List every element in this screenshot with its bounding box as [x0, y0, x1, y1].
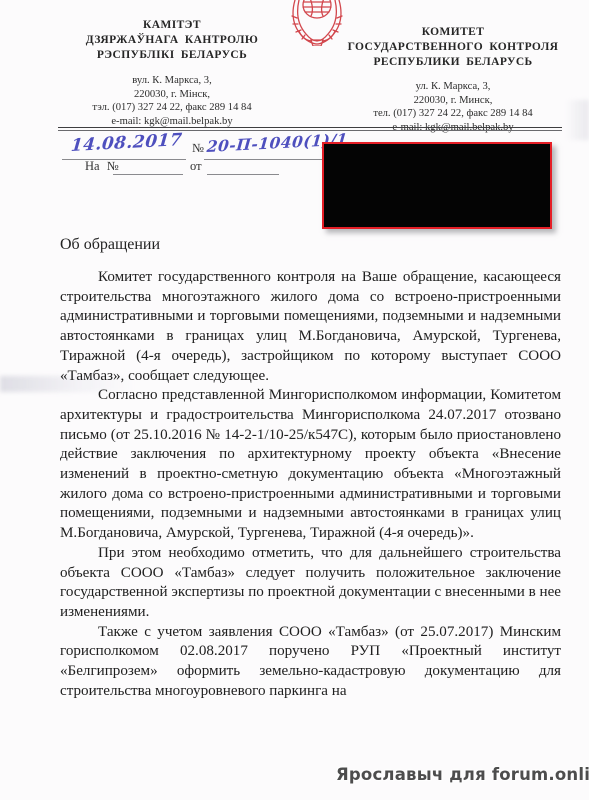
- handwritten-date: 14.08.2017: [70, 130, 183, 156]
- org-line: КОМИТЕТ: [338, 25, 568, 40]
- letterhead-right: КОМИТЕТ ГОСУДАРСТВЕННОГО КОНТРОЛЯ РЕСПУБ…: [338, 25, 568, 134]
- body-paragraph: Комитет государственного контроля на Ваш…: [60, 268, 561, 386]
- org-line: РЕСПУБЛИКИ БЕЛАРУСЬ: [338, 55, 568, 70]
- body-paragraph: Также с учетом заявления СООО «Тамбаз» (…: [60, 623, 561, 702]
- reply-to-number-label: На №: [85, 159, 119, 174]
- org-line: ГОСУДАРСТВЕННОГО КОНТРОЛЯ: [338, 40, 568, 55]
- address-line: вул. К. Маркса, 3,: [58, 74, 286, 88]
- reply-number-blank: [113, 173, 183, 175]
- address-line: 220030, г. Мінск,: [58, 88, 286, 102]
- date-underline: [62, 158, 186, 160]
- org-line: ДЗЯРЖАЎНАГА КАНТРОЛЮ: [58, 33, 286, 48]
- address-line: тэл. (017) 327 24 22, факс 289 14 84: [58, 101, 286, 115]
- reply-date-blank: [207, 173, 279, 175]
- body-paragraph: Согласно представленной Мингорисполкомом…: [60, 386, 561, 544]
- number-sign-label: №: [192, 141, 204, 156]
- redacted-addressee-box: [322, 142, 552, 229]
- body-paragraph: При этом необходимо отметить, что для да…: [60, 544, 561, 623]
- org-name-right: КОМИТЕТ ГОСУДАРСТВЕННОГО КОНТРОЛЯ РЕСПУБ…: [338, 25, 568, 70]
- reply-from-date-label: от: [190, 159, 202, 174]
- address-line: 220030, г. Минск,: [338, 94, 568, 108]
- org-line: РЭСПУБЛІКІ БЕЛАРУСЬ: [58, 48, 286, 63]
- letter-body: Комитет государственного контроля на Ваш…: [60, 268, 561, 701]
- letter-subject: Об обращении: [60, 236, 160, 254]
- forum-watermark: Ярославыч для forum.onliner.by: [336, 765, 589, 784]
- address-line: ул. К. Маркса, 3,: [338, 80, 568, 94]
- letterhead-left: КАМІТЭТ ДЗЯРЖАЎНАГА КАНТРОЛЮ РЭСПУБЛІКІ …: [58, 18, 286, 128]
- letterhead-divider-line: [58, 127, 562, 131]
- org-name-left: КАМІТЭТ ДЗЯРЖАЎНАГА КАНТРОЛЮ РЭСПУБЛІКІ …: [58, 18, 286, 63]
- number-underline: [204, 158, 332, 160]
- scanned-letter-page: КАМІТЭТ ДЗЯРЖАЎНАГА КАНТРОЛЮ РЭСПУБЛІКІ …: [0, 0, 589, 800]
- address-line: тел. (017) 327 24 22, факс 289 14 84: [338, 107, 568, 121]
- address-left: вул. К. Маркса, 3, 220030, г. Мінск, тэл…: [58, 74, 286, 128]
- org-line: КАМІТЭТ: [58, 18, 286, 33]
